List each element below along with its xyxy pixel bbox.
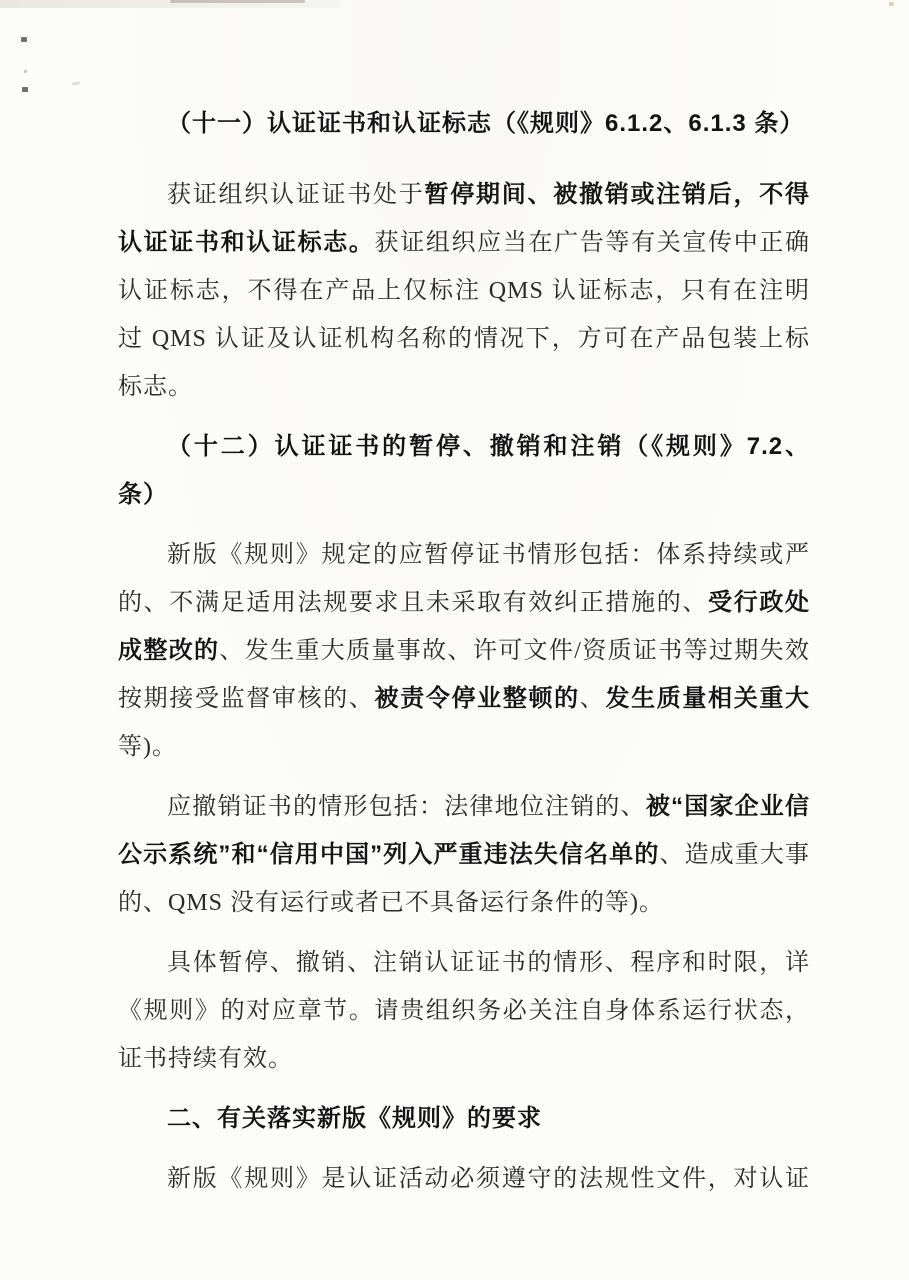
text-line: 等)。 xyxy=(118,723,810,771)
paragraph: 应撤销证书的情形包括：法律地位注销的、被“国家企业信用信息公示系统”和“信用中国… xyxy=(118,783,810,927)
text-line: （十二）认证证书的暂停、撤销和注销（《规则》7.2、7.3、7.4 xyxy=(118,423,810,471)
text-run: 的、QMS 没有运行或者已不具备运行条件的等)。 xyxy=(118,890,664,916)
text-run: 新版《规则》规定的应暂停证书情形包括：体系持续或严重不符 xyxy=(118,542,810,579)
text-line: 成整改的、发生重大质量事故、许可文件/资质证书等过期失效的、不 xyxy=(118,627,810,675)
bold-text-run: 二、有关落实新版《规则》的要求 xyxy=(167,1105,542,1132)
text-run: 新版《规则》是认证活动必须遵守的法规性文件，对认证机构和认 xyxy=(118,1166,810,1203)
scan-smudge-top-dark xyxy=(170,0,305,3)
text-line: 按期接受监督审核的、被责令停业整顿的、发生质量相关重大舆情的 xyxy=(118,675,810,723)
scanned-document-page: （十一）认证证书和认证标志（《规则》6.1.2、6.1.3 条）获证组织认证证书… xyxy=(0,0,909,1280)
text-run: 标志。 xyxy=(118,374,193,400)
text-run: 证书持续有效。 xyxy=(118,1046,293,1072)
text-line: 具体暂停、撤销、注销认证证书的情形、程序和时限，详见新版 xyxy=(118,939,810,987)
scan-smudge-top xyxy=(0,0,340,8)
bold-text-run: 成整改的 xyxy=(118,637,219,664)
text-line: 新版《规则》是认证活动必须遵守的法规性文件，对认证机构和认 xyxy=(118,1155,810,1203)
paragraph: 具体暂停、撤销、注销认证证书的情形、程序和时限，详见新版《规则》的对应章节。请贵… xyxy=(118,939,810,1083)
text-line: 《规则》的对应章节。请贵组织务必关注自身体系运行状态，确保认证 xyxy=(118,987,810,1035)
bold-text-run: （十二）认证证书的暂停、撤销和注销（《规则》7.2、7.3、7.4 xyxy=(118,433,810,471)
text-line: 应撤销证书的情形包括：法律地位注销的、被“国家企业信用信息 xyxy=(118,783,810,831)
text-run: 认证标志，不得在产品上仅标注 QMS 认证标志，只有在注明获证组织通 xyxy=(118,278,810,315)
bold-text-run: （十一）认证证书和认证标志（《规则》6.1.2、6.1.3 条） xyxy=(167,110,804,137)
text-line: 的、不满足适用法规要求且未采取有效纠正措施的、受行政处罚且未完 xyxy=(118,579,810,627)
text-line: （十一）认证证书和认证标志（《规则》6.1.2、6.1.3 条） xyxy=(118,100,810,148)
text-run: 应撤销证书的情形包括：法律地位注销的、 xyxy=(167,794,646,820)
text-line: 二、有关落实新版《规则》的要求 xyxy=(118,1095,810,1143)
text-run: 获证组织认证证书处于 xyxy=(167,182,425,208)
paragraph: 获证组织认证证书处于暂停期间、被撤销或注销后，不得继续使用认证证书和认证标志。获… xyxy=(118,171,810,411)
paragraph: 新版《规则》规定的应暂停证书情形包括：体系持续或严重不符的、不满足适用法规要求且… xyxy=(118,531,810,771)
scan-speck xyxy=(21,37,27,42)
scan-dot-top-right xyxy=(889,2,894,6)
text-line: 获证组织认证证书处于暂停期间、被撤销或注销后，不得继续使用 xyxy=(118,171,810,219)
text-line: 公示系统”和“信用中国”列入严重违法失信名单的、造成重大事故 xyxy=(118,831,810,879)
document-body: （十一）认证证书和认证标志（《规则》6.1.2、6.1.3 条）获证组织认证证书… xyxy=(118,100,810,1203)
text-line: 过 QMS 认证及认证机构名称的情况下，方可在产品包装上标注 QMS 认证 xyxy=(118,315,810,363)
scan-speck xyxy=(72,81,80,86)
text-line: 新版《规则》规定的应暂停证书情形包括：体系持续或严重不符 xyxy=(118,531,810,579)
text-run: 等)。 xyxy=(118,734,177,760)
text-line: 认证证书和认证标志。获证组织应当在广告等有关宣传中正确使用 QMS xyxy=(118,219,810,267)
text-run: 的、不满足适用法规要求且未采取有效纠正措施的、 xyxy=(118,590,708,616)
paragraph: 新版《规则》是认证活动必须遵守的法规性文件，对认证机构和认 xyxy=(118,1155,810,1203)
bold-text-run: 被责令停业整顿的 xyxy=(375,685,580,712)
bold-text-run: 认证证书和认证标志。 xyxy=(118,229,375,256)
text-run: 、发生重大质量事故、许可文件/资质证书等过期失效的、不 xyxy=(118,638,810,675)
text-line: 证书持续有效。 xyxy=(118,1035,810,1083)
text-run: 过 QMS 认证及认证机构名称的情况下，方可在产品包装上标注 QMS 认证 xyxy=(118,326,810,363)
scan-speck xyxy=(24,70,27,73)
bold-text-run: 条） xyxy=(118,481,168,508)
text-run: 、 xyxy=(580,686,606,712)
text-line: 的、QMS 没有运行或者已不具备运行条件的等)。 xyxy=(118,879,810,927)
text-run: 《规则》的对应章节。请贵组织务必关注自身体系运行状态，确保认证 xyxy=(118,998,810,1035)
text-run: 具体暂停、撤销、注销认证证书的情形、程序和时限，详见新版 xyxy=(118,950,810,987)
text-line: 标志。 xyxy=(118,363,810,411)
section-heading: 二、有关落实新版《规则》的要求 xyxy=(118,1095,810,1143)
text-line: 认证标志，不得在产品上仅标注 QMS 认证标志，只有在注明获证组织通 xyxy=(118,267,810,315)
text-run: 按期接受监督审核的、 xyxy=(118,686,375,712)
text-line: 条） xyxy=(118,471,810,519)
section-heading: （十一）认证证书和认证标志（《规则》6.1.2、6.1.3 条） xyxy=(118,100,810,148)
scan-speck xyxy=(22,87,28,92)
bold-text-run: 公示系统”和“信用中国”列入严重违法失信名单的 xyxy=(118,841,659,868)
section-heading: （十二）认证证书的暂停、撤销和注销（《规则》7.2、7.3、7.4条） xyxy=(118,423,810,519)
